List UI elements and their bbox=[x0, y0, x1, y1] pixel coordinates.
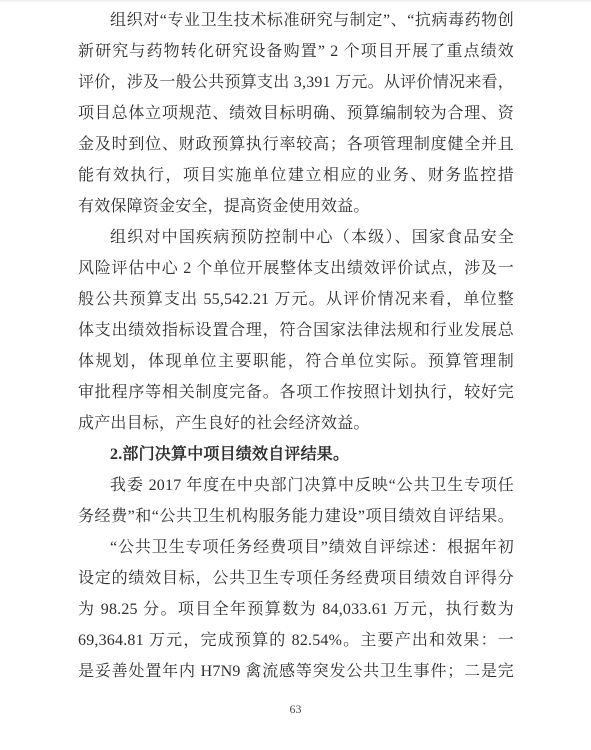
text-line: 新研究与药物转化研究设备购置” 2 个项目开展了重点绩效 bbox=[78, 36, 514, 67]
text-line: 是妥善处置年内 H7N9 禽流感等突发公共卫生事件；二是完 bbox=[78, 656, 514, 687]
text-line: 审批程序等相关制度完备。各项工作按照计划执行，较好完 bbox=[78, 377, 514, 408]
text-line: 为 98.25 分。项目全年预算数为 84,033.61 万元，执行数为 bbox=[78, 594, 514, 625]
text-line: 设定的绩效目标，公共卫生专项任务经费项目绩效自评得分 bbox=[78, 563, 514, 594]
text-line: 69,364.81 万元，完成预算的 82.54%。主要产出和效果：一 bbox=[78, 625, 514, 656]
text-line: 风险评估中心 2 个单位开展整体支出绩效评价试点，涉及一 bbox=[78, 253, 514, 284]
text-line: 务经费”和“公共卫生机构服务能力建设”项目绩效自评结果。 bbox=[78, 501, 514, 532]
text-line: 组织对中国疾病预防控制中心（本级）、国家食品安全 bbox=[78, 222, 514, 253]
text-line: 我委 2017 年度在中央部门决算中反映“公共卫生专项任 bbox=[78, 470, 514, 501]
text-line: 成产出目标，产生良好的社会经济效益。 bbox=[78, 408, 514, 439]
section-heading: 2.部门决算中项目绩效自评结果。 bbox=[78, 439, 514, 470]
text-block: 组织对“专业卫生技术标准研究与制定”、“抗病毒药物创新研究与药物转化研究设备购置… bbox=[78, 5, 514, 687]
text-line: 组织对“专业卫生技术标准研究与制定”、“抗病毒药物创 bbox=[78, 5, 514, 36]
text-line: 能有效执行，项目实施单位建立相应的业务、财务监控措施， bbox=[78, 160, 514, 191]
text-line: 体支出绩效指标设置合理，符合国家法律法规和行业发展总 bbox=[78, 315, 514, 346]
text-line: 评价，涉及一般公共预算支出 3,391 万元。从评价情况来看， bbox=[78, 67, 514, 98]
text-line: 项目总体立项规范、绩效目标明确、预算编制较为合理、资 bbox=[78, 98, 514, 129]
text-line: 般公共预算支出 55,542.21 万元。从评价情况来看，单位整 bbox=[78, 284, 514, 315]
text-line: 体规划，体现单位主要职能，符合单位实际。预算管理制度、 bbox=[78, 346, 514, 377]
page-number: 63 bbox=[290, 702, 302, 716]
document-page: 组织对“专业卫生技术标准研究与制定”、“抗病毒药物创新研究与药物转化研究设备购置… bbox=[0, 0, 591, 750]
page-footer: 63 bbox=[0, 702, 591, 717]
text-line: “公共卫生专项任务经费项目”绩效自评综述：根据年初 bbox=[78, 532, 514, 563]
text-line: 有效保障资金安全，提高资金使用效益。 bbox=[78, 191, 514, 222]
text-line: 金及时到位、财政预算执行率较高；各项管理制度健全并且 bbox=[78, 129, 514, 160]
